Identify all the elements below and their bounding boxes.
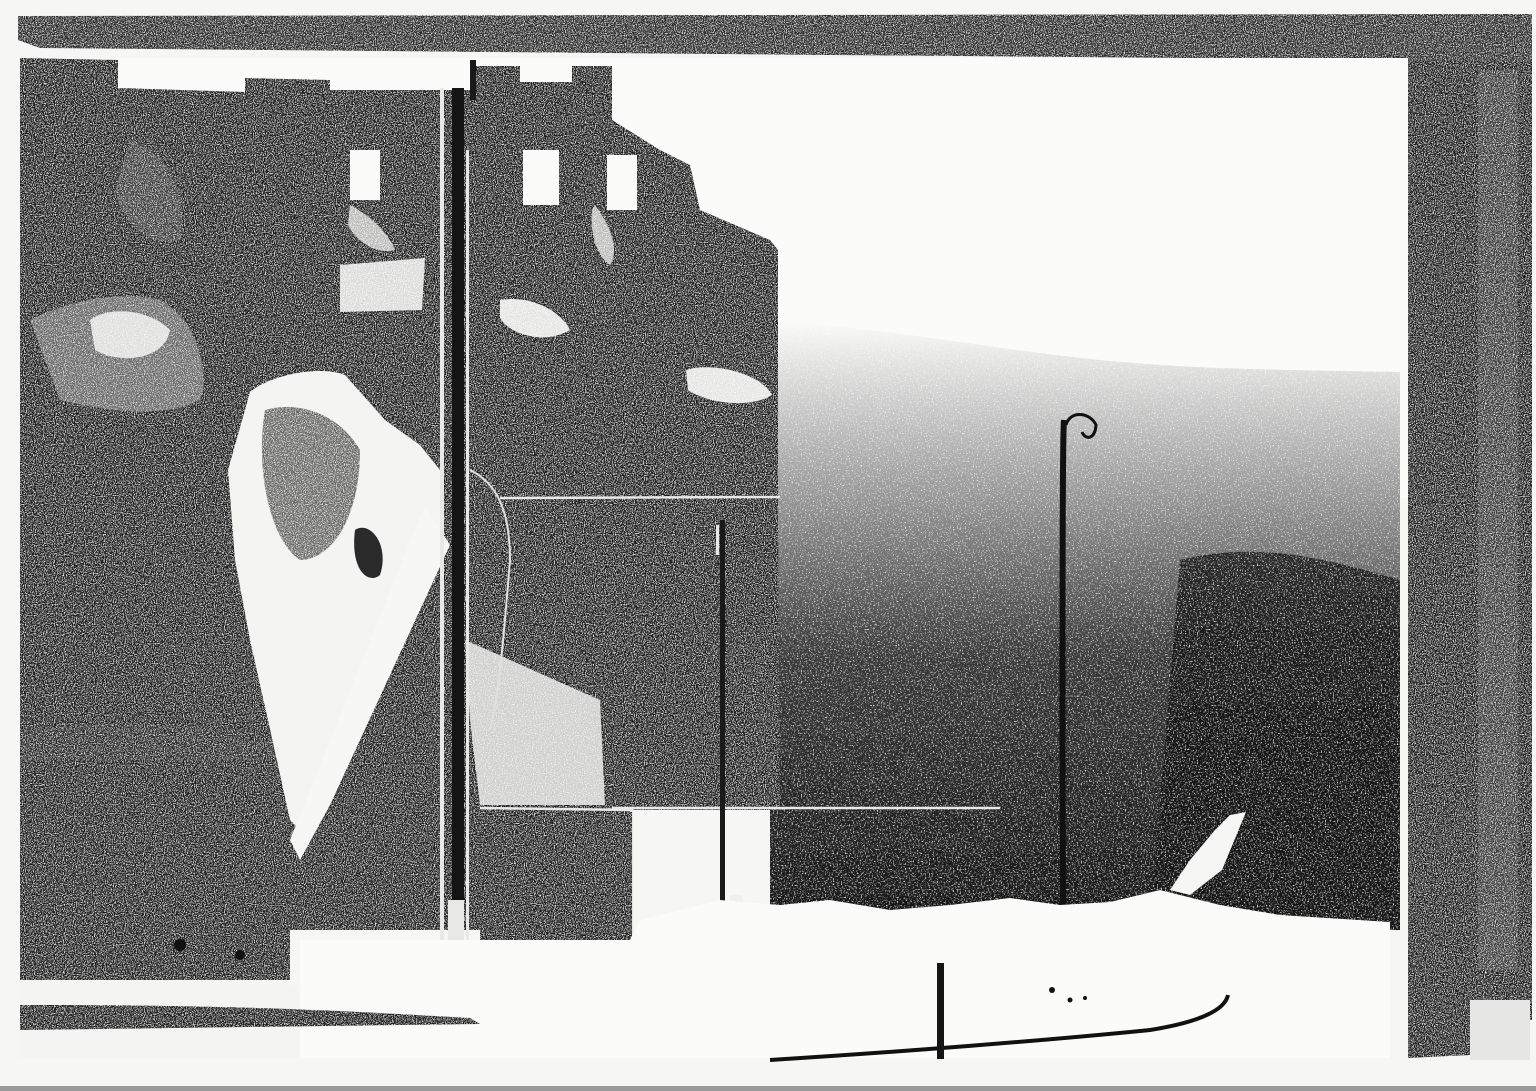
- page-bottom-edge: [0, 1086, 1536, 1091]
- photocopy-scene: [0, 0, 1536, 1091]
- frame-edge-light: [1470, 1000, 1530, 1060]
- hazy-background: [770, 320, 1400, 930]
- bollard: [937, 963, 944, 1059]
